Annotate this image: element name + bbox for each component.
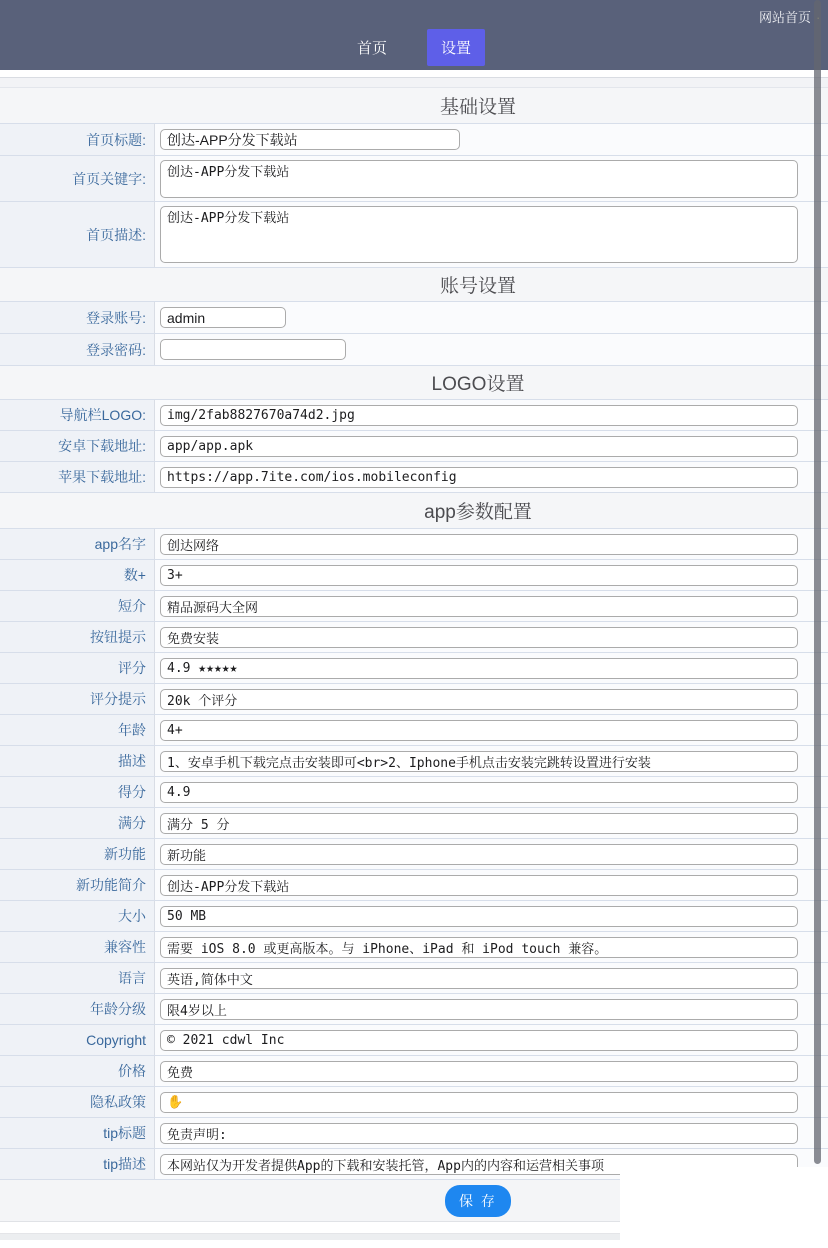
row-field-cell — [155, 932, 828, 962]
field-input[interactable] — [160, 596, 798, 617]
field-label: app名字 — [95, 534, 146, 554]
field-input[interactable] — [160, 1123, 798, 1144]
form-row: 隐私政策 — [0, 1087, 828, 1118]
row-label-cell: tip标题 — [0, 1118, 155, 1148]
field-label: 评分提示 — [90, 689, 146, 709]
row-label-cell: 语言 — [0, 963, 155, 993]
field-input[interactable] — [160, 999, 798, 1020]
field-label: 新功能 — [104, 844, 146, 864]
row-label-cell: 满分 — [0, 808, 155, 838]
field-label: tip描述 — [103, 1154, 146, 1174]
field-input[interactable] — [160, 906, 798, 927]
form-row: 按钮提示 — [0, 622, 828, 653]
spacer-strip — [0, 78, 828, 88]
row-field-cell — [155, 400, 828, 430]
field-input[interactable] — [160, 689, 798, 710]
row-label-cell: 短介 — [0, 591, 155, 621]
main-nav: 首页设置 — [0, 29, 828, 66]
field-input[interactable] — [160, 658, 798, 679]
field-input[interactable] — [160, 1092, 798, 1113]
field-label: 按钮提示 — [90, 627, 146, 647]
field-input[interactable] — [160, 1030, 798, 1051]
form-sections: 基础设置首页标题:首页关键字:创达-APP分发下载站首页描述:创达-APP分发下… — [0, 88, 828, 1180]
row-label-cell: 数+ — [0, 560, 155, 590]
form-row: 年龄 — [0, 715, 828, 746]
section-band: 基础设置 — [0, 88, 828, 124]
row-label-cell: 隐私政策 — [0, 1087, 155, 1117]
field-input[interactable] — [160, 565, 798, 586]
row-field-cell — [155, 560, 828, 590]
row-field-cell — [155, 715, 828, 745]
form-row: 数+ — [0, 560, 828, 591]
form-row: 满分 — [0, 808, 828, 839]
field-input[interactable] — [160, 875, 798, 896]
row-label-cell: 按钮提示 — [0, 622, 155, 652]
row-field-cell — [155, 1118, 828, 1148]
field-label: 新功能简介 — [76, 875, 146, 895]
row-label-cell: 年龄分级 — [0, 994, 155, 1024]
row-label-cell: 首页标题: — [0, 124, 155, 155]
field-label: 价格 — [118, 1061, 146, 1081]
row-field-cell — [155, 529, 828, 559]
section-title: 基础设置 — [150, 92, 806, 119]
field-label: tip标题 — [103, 1123, 146, 1143]
row-field-cell: 创达-APP分发下载站 — [155, 202, 828, 267]
field-label: 评分 — [118, 658, 146, 678]
site-home-link[interactable]: 网站首页 — [759, 7, 811, 26]
row-field-cell — [155, 839, 828, 869]
save-button[interactable]: 保 存 — [445, 1185, 511, 1217]
field-label: 登录账号: — [86, 308, 146, 328]
row-label-cell: app名字 — [0, 529, 155, 559]
field-label: 数+ — [124, 565, 146, 585]
field-input[interactable] — [160, 627, 798, 648]
field-label: 首页关键字: — [72, 169, 146, 189]
section-title: 账号设置 — [150, 271, 806, 298]
field-label: 短介 — [118, 596, 146, 616]
row-field-cell — [155, 901, 828, 931]
row-field-cell — [155, 746, 828, 776]
form-row: 安卓下载地址: — [0, 431, 828, 462]
form-row: 评分 — [0, 653, 828, 684]
form-row: 导航栏LOGO: — [0, 400, 828, 431]
field-label: Copyright — [86, 1032, 146, 1048]
field-label: 登录密码: — [86, 340, 146, 360]
form-row: 描述 — [0, 746, 828, 777]
field-label: 年龄 — [118, 720, 146, 740]
row-label-cell: 新功能 — [0, 839, 155, 869]
row-label-cell: 登录账号: — [0, 302, 155, 333]
row-field-cell — [155, 653, 828, 683]
form-row: 价格 — [0, 1056, 828, 1087]
settings-page: 网站首页 . 首页设置 基础设置首页标题:首页关键字:创达-APP分发下载站首页… — [0, 0, 828, 1248]
row-label-cell: 描述 — [0, 746, 155, 776]
form-row: Copyright — [0, 1025, 828, 1056]
row-label-cell: 大小 — [0, 901, 155, 931]
field-label: 苹果下载地址: — [58, 467, 146, 487]
row-field-cell — [155, 622, 828, 652]
row-label-cell: 首页描述: — [0, 202, 155, 267]
scrollbar-thumb[interactable] — [814, 0, 821, 1164]
row-label-cell: 年龄 — [0, 715, 155, 745]
field-input[interactable] — [160, 968, 798, 989]
row-field-cell — [155, 1025, 828, 1055]
row-field-cell — [155, 963, 828, 993]
form-row: 得分 — [0, 777, 828, 808]
row-label-cell: Copyright — [0, 1025, 155, 1055]
form-row: app名字 — [0, 529, 828, 560]
field-label: 隐私政策 — [90, 1092, 146, 1112]
field-input[interactable] — [160, 405, 798, 426]
field-label: 满分 — [118, 813, 146, 833]
field-input[interactable] — [160, 720, 798, 741]
form-row: 年龄分级 — [0, 994, 828, 1025]
form-row: 兼容性 — [0, 932, 828, 963]
row-label-cell: tip描述 — [0, 1149, 155, 1179]
field-input[interactable] — [160, 1061, 798, 1082]
row-label-cell: 兼容性 — [0, 932, 155, 962]
row-label-cell: 评分 — [0, 653, 155, 683]
field-input[interactable] — [160, 129, 460, 150]
field-label: 首页描述: — [86, 225, 146, 245]
form-row: 首页关键字:创达-APP分发下载站 — [0, 156, 828, 202]
field-input[interactable] — [160, 467, 798, 488]
field-input[interactable] — [160, 534, 798, 555]
form-row: 新功能 — [0, 839, 828, 870]
form-row: 评分提示 — [0, 684, 828, 715]
row-label-cell: 价格 — [0, 1056, 155, 1086]
section-band: app参数配置 — [0, 493, 828, 529]
section-title: app参数配置 — [150, 497, 806, 524]
top-header: 网站首页 . 首页设置 — [0, 0, 828, 70]
row-field-cell — [155, 1087, 828, 1117]
row-label-cell: 登录密码: — [0, 334, 155, 365]
field-input[interactable] — [160, 339, 346, 360]
nav-tab-settings[interactable]: 设置 — [427, 29, 485, 66]
form-row: 大小 — [0, 901, 828, 932]
row-field-cell — [155, 124, 828, 155]
row-label-cell: 导航栏LOGO: — [0, 400, 155, 430]
row-field-cell — [155, 591, 828, 621]
field-input[interactable] — [160, 436, 798, 457]
row-field-cell — [155, 870, 828, 900]
blank-overlay-panel — [620, 1167, 828, 1248]
field-input[interactable] — [160, 307, 286, 328]
row-field-cell — [155, 994, 828, 1024]
field-label: 描述 — [118, 751, 146, 771]
form-row: 新功能简介 — [0, 870, 828, 901]
row-field-cell — [155, 334, 828, 365]
form-row: 登录账号: — [0, 302, 828, 334]
field-input[interactable] — [160, 813, 798, 834]
row-field-cell: 创达-APP分发下载站 — [155, 156, 828, 201]
field-input[interactable] — [160, 782, 798, 803]
header-divider-strip — [0, 70, 828, 78]
row-field-cell — [155, 808, 828, 838]
section-band: LOGO设置 — [0, 366, 828, 400]
row-field-cell — [155, 431, 828, 461]
form-row: 短介 — [0, 591, 828, 622]
field-input[interactable]: 创达-APP分发下载站 — [160, 160, 798, 198]
row-label-cell: 得分 — [0, 777, 155, 807]
section-band: 账号设置 — [0, 268, 828, 302]
form-row: 语言 — [0, 963, 828, 994]
form-row: 登录密码: — [0, 334, 828, 366]
row-label-cell: 苹果下载地址: — [0, 462, 155, 492]
row-label-cell: 安卓下载地址: — [0, 431, 155, 461]
form-row: tip标题 — [0, 1118, 828, 1149]
row-field-cell — [155, 684, 828, 714]
row-field-cell — [155, 1056, 828, 1086]
form-row: 首页描述:创达-APP分发下载站 — [0, 202, 828, 268]
field-label: 得分 — [118, 782, 146, 802]
field-label: 语言 — [118, 968, 146, 988]
field-label: 年龄分级 — [90, 999, 146, 1019]
field-input[interactable] — [160, 751, 798, 772]
row-field-cell — [155, 302, 828, 333]
form-row: 首页标题: — [0, 124, 828, 156]
field-input[interactable] — [160, 844, 798, 865]
row-label-cell: 新功能简介 — [0, 870, 155, 900]
row-label-cell: 首页关键字: — [0, 156, 155, 201]
section-title: LOGO设置 — [150, 369, 806, 396]
nav-tab-home[interactable]: 首页 — [343, 29, 401, 66]
row-field-cell — [155, 462, 828, 492]
form-row: 苹果下载地址: — [0, 462, 828, 493]
row-label-cell: 评分提示 — [0, 684, 155, 714]
field-label: 导航栏LOGO: — [60, 405, 146, 425]
field-input[interactable] — [160, 937, 798, 958]
field-label: 首页标题: — [86, 130, 146, 150]
field-label: 大小 — [118, 906, 146, 926]
row-field-cell — [155, 777, 828, 807]
field-input[interactable]: 创达-APP分发下载站 — [160, 206, 798, 263]
field-label: 兼容性 — [104, 937, 146, 957]
field-label: 安卓下载地址: — [58, 436, 146, 456]
